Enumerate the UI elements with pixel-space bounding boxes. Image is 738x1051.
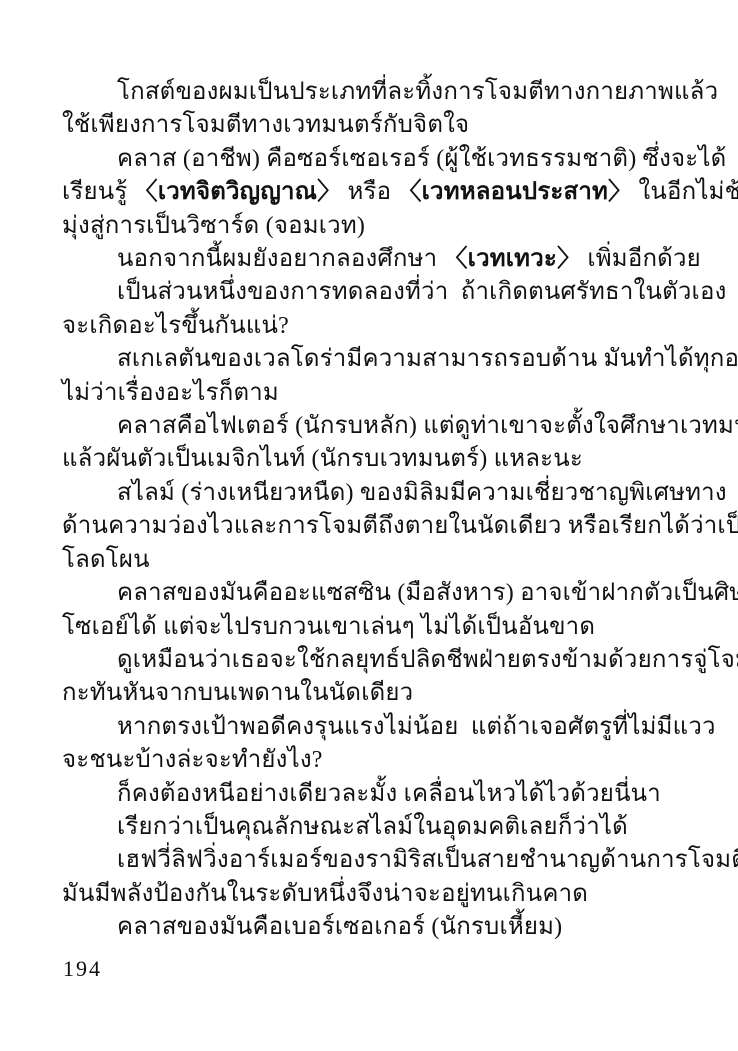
text-line: จะชนะบ้างล่ะจะทำยังไง? <box>62 744 660 777</box>
text-segment: คลาสของมันคืออะแซสซิน (มือสังหาร) อาจเข้… <box>117 580 738 606</box>
text-line: นอกจากนี้ผมยังอยากลองศึกษา 〈เวทเทวะ〉 เพิ… <box>62 243 660 276</box>
text-segment: เพิ่มอีกด้วย <box>581 246 701 272</box>
text-line: มันมีพลังป้องกันในระดับหนึ่งจึงน่าจะอยู่… <box>62 878 660 911</box>
text-line: โกสต์ของผมเป็นประเภทที่ละทิ้งการโจมตีทาง… <box>62 76 660 109</box>
text-line: เรียกว่าเป็นคุณลักษณะสไลม์ในอุดมคติเลยก็… <box>62 811 660 844</box>
spell-name-bold: 〈เวทหลอนประสาท〉 <box>397 179 632 205</box>
text-segment: ใช้เพียงการโจมตีทางเวทมนตร์กับจิตใจ <box>62 112 469 138</box>
text-line: จะเกิดอะไรขึ้นกันแน่? <box>62 310 660 343</box>
text-segment: คลาสของมันคือเบอร์เซอเกอร์ (นักรบเหี้ยม) <box>117 914 562 940</box>
spell-name-bold: 〈เวทจิตวิญญาณ〉 <box>134 179 342 205</box>
text-segment: จะเกิดอะไรขึ้นกันแน่? <box>62 313 289 339</box>
text-segment: สไลม์ (ร่างเหนียวหนืด) ของมิลิมมีความเชี… <box>117 480 727 506</box>
text-line: หากตรงเป้าพอดีคงรุนแรงไม่น้อย แต่ถ้าเจอศ… <box>62 711 660 744</box>
text-line: คลาสคือไฟเตอร์ (นักรบหลัก) แต่ดูท่าเขาจะ… <box>62 410 660 443</box>
text-line: กะทันหันจากบนเพดานในนัดเดียว <box>62 677 660 710</box>
text-line: มุ่งสู่การเป็นวิซาร์ด (จอมเวท) <box>62 210 660 243</box>
text-line: ใช้เพียงการโจมตีทางเวทมนตร์กับจิตใจ <box>62 109 660 142</box>
text-segment: มันมีพลังป้องกันในระดับหนึ่งจึงน่าจะอยู่… <box>62 881 588 907</box>
text-line: สไลม์ (ร่างเหนียวหนืด) ของมิลิมมีความเชี… <box>62 477 660 510</box>
text-line: เรียนรู้ 〈เวทจิตวิญญาณ〉 หรือ 〈เวทหลอนประ… <box>62 176 660 209</box>
text-line: ดูเหมือนว่าเธอจะใช้กลยุทธ์ปลิดชีพฝ่ายตรง… <box>62 644 660 677</box>
text-line: ด้านความว่องไวและการโจมตีถึงตายในนัดเดีย… <box>62 510 660 543</box>
text-segment: โกสต์ของผมเป็นประเภทที่ละทิ้งการโจมตีทาง… <box>117 79 718 105</box>
text-segment: เรียนรู้ <box>62 179 134 205</box>
text-segment: ก็คงต้องหนีอย่างเดียวละมั้ง เคลื่อนไหวได… <box>117 781 661 807</box>
text-segment: โซเอย์ได้ แต่จะไปรบกวนเขาเล่นๆ ไม่ได้เป็… <box>62 614 595 640</box>
text-line: แล้วผันตัวเป็นเมจิกไนท์ (นักรบเวทมนตร์) … <box>62 443 660 476</box>
text-segment: แล้วผันตัวเป็นเมจิกไนท์ (นักรบเวทมนตร์) … <box>62 446 583 472</box>
text-segment: นอกจากนี้ผมยังอยากลองศึกษา <box>117 246 443 272</box>
text-line: คลาสของมันคือเบอร์เซอเกอร์ (นักรบเหี้ยม) <box>62 911 660 944</box>
text-segment: มุ่งสู่การเป็นวิซาร์ด (จอมเวท) <box>62 213 365 239</box>
text-segment: คลาสคือไฟเตอร์ (นักรบหลัก) แต่ดูท่าเขาจะ… <box>117 413 738 439</box>
spell-name-bold: 〈เวทเทวะ〉 <box>443 246 581 272</box>
text-segment: หากตรงเป้าพอดีคงรุนแรงไม่น้อย แต่ถ้าเจอศ… <box>117 714 716 740</box>
text-segment: เฮฟวี่ลิฟวิ่งอาร์เมอร์ของรามิริสเป็นสายช… <box>117 847 738 873</box>
book-page: โกสต์ของผมเป็นประเภทที่ละทิ้งการโจมตีทาง… <box>0 0 738 1051</box>
text-segment: สเกเลตันของเวลโดร่ามีความสามารถรอบด้าน ม… <box>117 346 738 372</box>
text-line: คลาส (อาชีพ) คือซอร์เซอเรอร์ (ผู้ใช้เวทธ… <box>62 143 660 176</box>
text-line: โซเอย์ได้ แต่จะไปรบกวนเขาเล่นๆ ไม่ได้เป็… <box>62 611 660 644</box>
text-line: โลดโผน <box>62 544 660 577</box>
text-segment: เรียกว่าเป็นคุณลักษณะสไลม์ในอุดมคติเลยก็… <box>117 814 628 840</box>
text-line: คลาสของมันคืออะแซสซิน (มือสังหาร) อาจเข้… <box>62 577 660 610</box>
text-segment: ด้านความว่องไวและการโจมตีถึงตายในนัดเดีย… <box>62 513 738 539</box>
text-line: ก็คงต้องหนีอย่างเดียวละมั้ง เคลื่อนไหวได… <box>62 778 660 811</box>
text-segment: จะชนะบ้างล่ะจะทำยังไง? <box>62 747 323 773</box>
text-segment: เป็นส่วนหนึ่งของการทดลองที่ว่า ถ้าเกิดตน… <box>117 279 727 305</box>
text-segment: โลดโผน <box>62 547 150 573</box>
text-segment: กะทันหันจากบนเพดานในนัดเดียว <box>62 680 413 706</box>
text-segment: ในอีกไม่ช้า แล้ว <box>632 179 738 205</box>
text-line: ไม่ว่าเรื่องอะไรก็ตาม <box>62 377 660 410</box>
text-line: สเกเลตันของเวลโดร่ามีความสามารถรอบด้าน ม… <box>62 343 660 376</box>
text-segment: ไม่ว่าเรื่องอะไรก็ตาม <box>62 380 279 406</box>
text-segment: ดูเหมือนว่าเธอจะใช้กลยุทธ์ปลิดชีพฝ่ายตรง… <box>117 647 738 673</box>
text-line: เป็นส่วนหนึ่งของการทดลองที่ว่า ถ้าเกิดตน… <box>62 276 660 309</box>
text-segment: คลาส (อาชีพ) คือซอร์เซอเรอร์ (ผู้ใช้เวทธ… <box>117 146 726 172</box>
text-line: เฮฟวี่ลิฟวิ่งอาร์เมอร์ของรามิริสเป็นสายช… <box>62 844 660 877</box>
body-text: โกสต์ของผมเป็นประเภทที่ละทิ้งการโจมตีทาง… <box>62 76 660 945</box>
text-segment: หรือ <box>341 179 397 205</box>
page-number: 194 <box>63 956 102 982</box>
